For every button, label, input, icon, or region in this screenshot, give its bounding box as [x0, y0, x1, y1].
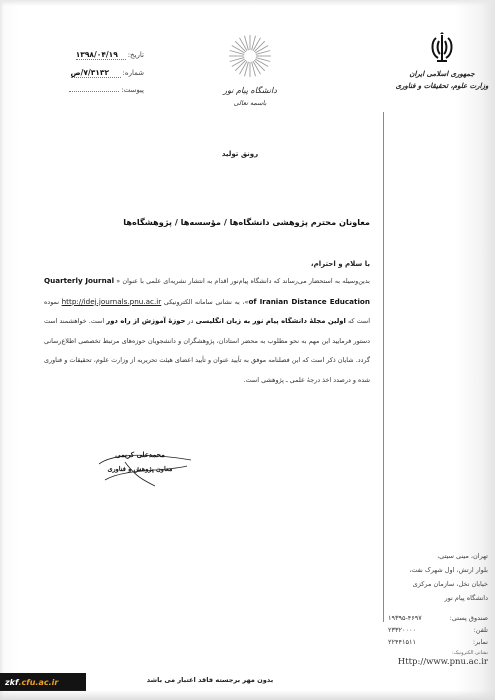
greeting: با سلام و احترام،: [44, 260, 370, 268]
date-value: ۱۳۹۸/۰۴/۱۹: [76, 50, 126, 60]
website-label: نشانی الکترونیک:: [388, 650, 488, 656]
fax-value: ۲۲۴۴۱۵۱۱: [388, 638, 416, 650]
address-line: تهران، مینی سیتی،: [388, 552, 488, 566]
postal-value: ۱۹۳۹۵-۴۶۹۷: [388, 614, 422, 626]
watermark-prefix: zkf: [5, 678, 18, 687]
address-line: بلوار ارتش، اول شهرک نفت،: [388, 566, 488, 580]
scan-shadow-top: [0, 0, 495, 6]
attachment-label: پیوست:: [121, 86, 144, 94]
attachment-row: پیوست:: [44, 86, 144, 104]
postal-label: صندوق پستی:: [450, 614, 488, 626]
iran-emblem-icon: [429, 32, 455, 64]
government-name: جمهوری اسلامی ایران: [392, 68, 492, 80]
paragraph-text-2: »، به نشانی سامانه الکترونیکی: [164, 298, 249, 306]
number-label: شماره:: [123, 69, 144, 77]
journal-url-link[interactable]: http://idej.journals.pnu.ac.ir: [62, 297, 162, 306]
date-label: تاریخ:: [128, 51, 144, 59]
journal-open-quote: «: [116, 277, 120, 285]
scan-shadow-bottom: [0, 690, 495, 700]
phone-value: ۲۳۳۲۰۰۰۰: [388, 626, 416, 638]
year-slogan: رونق تولید: [190, 150, 290, 158]
site-watermark: zkf.cfu.ac.ir: [0, 673, 86, 691]
fax-row: نمابر: ۲۲۴۴۱۵۱۱: [388, 638, 488, 650]
pnu-logo-icon: [228, 34, 272, 78]
phone-row: تلفن: ۲۳۳۲۰۰۰۰: [388, 626, 488, 638]
watermark-domain: .cfu.ac.ir: [18, 678, 58, 687]
paragraph-bold-1: اولین مجلهٔ دانشگاه پیام نور به زبان انگ…: [196, 317, 346, 325]
letter-meta: تاریخ: ۱۳۹۸/۰۴/۱۹ شماره: ۷/۳۱۳۲/ص پیوست:: [44, 50, 144, 104]
university-name: دانشگاه پیام نور: [220, 86, 280, 95]
address-block: تهران، مینی سیتی، بلوار ارتش، اول شهرک ن…: [388, 552, 488, 667]
paragraph-text-1: بدین‌وسیله به استحضار می‌رساند که دانشگا…: [122, 277, 370, 285]
contact-info: صندوق پستی: ۱۹۳۹۵-۴۶۹۷ تلفن: ۲۳۳۲۰۰۰۰ نم…: [388, 614, 488, 667]
paragraph-bold-2: حوزهٔ آموزش از راه دور: [106, 317, 185, 325]
paragraph-text-4: در: [188, 317, 194, 325]
margin-divider: [383, 112, 384, 622]
address-line: خیابان نخل، سازمان مرکزی: [388, 580, 488, 594]
number-value: ۷/۳۱۳۲/ص: [71, 68, 121, 78]
university-motto: باسمه تعالی: [220, 99, 280, 107]
letter-paragraph: بدین‌وسیله به استحضار می‌رساند که دانشگا…: [44, 271, 370, 391]
government-header: جمهوری اسلامی ایران وزارت علوم، تحقیقات …: [392, 32, 492, 92]
address-line: دانشگاه پیام نور: [388, 594, 488, 608]
footer-note: بدون مهر برجسته فاقد اعتبار می باشد: [130, 676, 290, 684]
postal-row: صندوق پستی: ۱۹۳۹۵-۴۶۹۷: [388, 614, 488, 626]
number-row: شماره: ۷/۳۱۳۲/ص: [44, 68, 144, 86]
website-link[interactable]: Http://www.pnu.ac.ir: [388, 657, 488, 667]
fax-label: نمابر:: [473, 638, 488, 650]
paragraph-text-5: است. خواهشمند است دستور فرمایید این مهم …: [44, 317, 370, 384]
letter-page: تاریخ: ۱۳۹۸/۰۴/۱۹ شماره: ۷/۳۱۳۲/ص پیوست:: [0, 0, 495, 700]
phone-label: تلفن:: [474, 626, 488, 638]
attachment-value: [69, 91, 119, 92]
letter-body: معاونان محترم پژوهشی دانشگاه‌ها / مؤسسه‌…: [44, 217, 370, 391]
addressee: معاونان محترم پژوهشی دانشگاه‌ها / مؤسسه‌…: [44, 217, 370, 227]
university-header: دانشگاه پیام نور باسمه تعالی: [220, 34, 280, 107]
ministry-name: وزارت علوم، تحقیقات و فناوری: [392, 80, 492, 92]
handwritten-signature-icon: [95, 450, 195, 494]
signature-block: محمدعلی کریمی معاون پژوهش و فناوری: [95, 450, 185, 473]
date-row: تاریخ: ۱۳۹۸/۰۴/۱۹: [44, 50, 144, 68]
